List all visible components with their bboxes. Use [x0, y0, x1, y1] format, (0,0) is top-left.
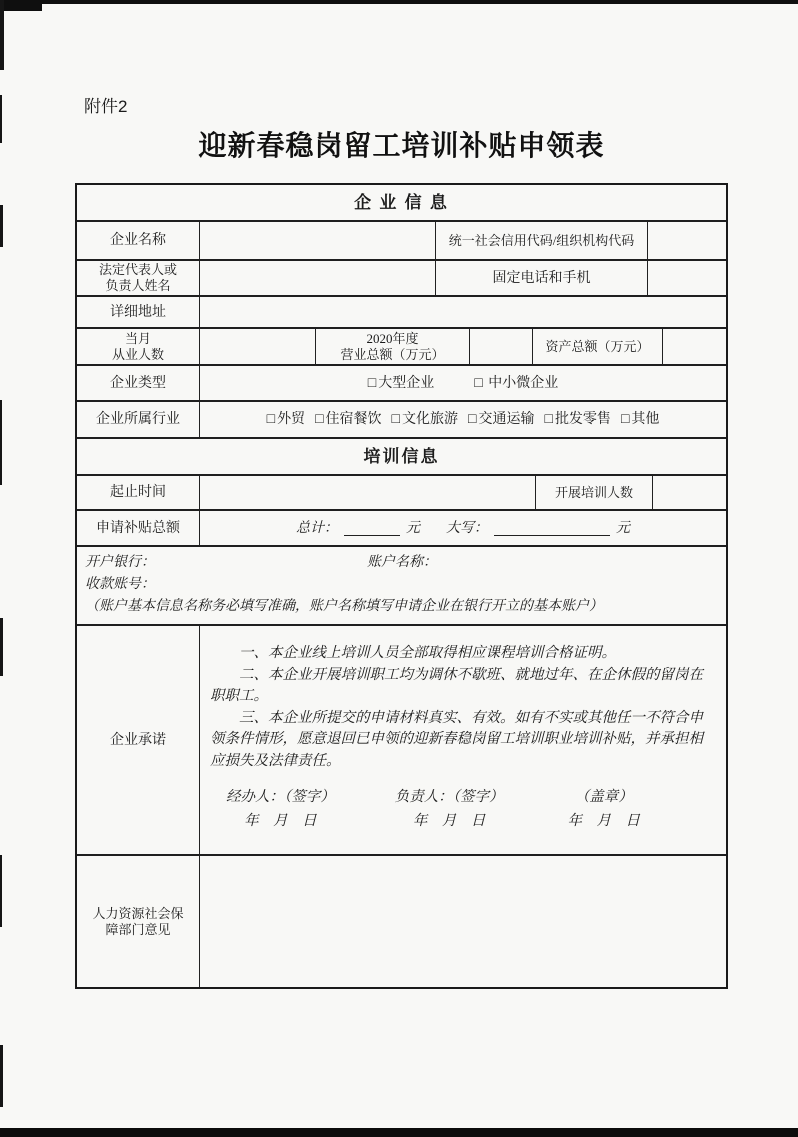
phone-value [647, 261, 726, 295]
scan-artifact-left-mark [0, 400, 2, 485]
industry-option-foreign-trade: □外贸 [267, 411, 305, 428]
scan-artifact-topleft-blob [0, 0, 42, 11]
company-type-option-sme: □ 中小微企业 [474, 375, 558, 392]
employees-value [199, 329, 315, 364]
checkbox-icon: □ [474, 375, 482, 392]
checkbox-icon: □ [544, 411, 552, 428]
hr-opinion-row: 人力资源社会保 障部门意见 [77, 854, 726, 987]
company-name-value [199, 222, 435, 259]
checkbox-icon: □ [621, 411, 629, 428]
industry-option-other: □其他 [621, 411, 659, 428]
period-row: 起止时间 开展培训人数 [77, 474, 726, 509]
scan-artifact-left-mark [0, 1045, 3, 1107]
account-number-label: 收款账号： [85, 574, 718, 596]
industry-options: □外贸 □住宿餐饮 □文化旅游 □交通运输 □批发零售 □其他 [199, 402, 726, 437]
industry-option-hotel-catering: □住宿餐饮 [315, 411, 381, 428]
signature-manager: 负责人：（签字） 年 月 日 [395, 787, 504, 832]
trainees-value [652, 476, 726, 509]
address-row: 详细地址 [77, 295, 726, 327]
industry-option-wholesale-retail: □批发零售 [544, 411, 610, 428]
training-section-row: 培训信息 [77, 437, 726, 474]
checkbox-icon: □ [468, 411, 476, 428]
company-name-row: 企业名称 统一社会信用代码/组织机构代码 [77, 220, 726, 259]
industry-option-transport: □交通运输 [468, 411, 534, 428]
signature-block: 经办人：（签字） 年 月 日 负责人：（签字） 年 月 日 （盖章） 年 月 日 [210, 787, 712, 832]
account-name-label: 账户名称： [367, 555, 437, 570]
date-placeholder: 年 月 日 [395, 811, 504, 833]
application-form-table: 企 业 信 息 企业名称 统一社会信用代码/组织机构代码 法定代表人或 负责人姓… [75, 183, 728, 989]
scan-artifact-left-mark [0, 855, 2, 927]
scan-artifact-left-mark [0, 0, 4, 70]
legal-rep-row: 法定代表人或 负责人姓名 固定电话和手机 [77, 259, 726, 295]
period-value [199, 476, 535, 509]
bank-line-1: 开户银行：账户名称： [85, 552, 718, 574]
bank-row: 开户银行：账户名称： 收款账号： （账户基本信息名称务必填写准确，账户名称填写申… [77, 545, 726, 624]
scan-artifact-left-mark [0, 618, 3, 676]
industry-option-culture-tourism: □文化旅游 [392, 411, 458, 428]
checkbox-icon: □ [315, 411, 323, 428]
scan-artifact-left-mark [0, 95, 2, 143]
revenue-value [469, 329, 532, 364]
phone-label: 固定电话和手机 [435, 261, 647, 295]
company-name-label: 企业名称 [77, 222, 199, 259]
revenue-label: 2020年度 营业总额（万元） [315, 329, 469, 364]
checkbox-icon: □ [392, 411, 400, 428]
trainees-label: 开展培训人数 [535, 476, 652, 509]
enterprise-section-header: 企 业 信 息 [77, 185, 726, 220]
employees-label: 当月 从业人数 [77, 329, 199, 364]
checkbox-icon: □ [267, 411, 275, 428]
company-type-label: 企业类型 [77, 366, 199, 400]
assets-value [662, 329, 726, 364]
address-value [199, 297, 726, 327]
date-placeholder: 年 月 日 [568, 811, 641, 833]
bank-note: （账户基本信息名称务必填写准确，账户名称填写申请企业在银行开立的基本账户） [85, 596, 718, 618]
employees-row: 当月 从业人数 2020年度 营业总额（万元） 资产总额（万元） [77, 327, 726, 364]
subsidy-total-label: 总计： [296, 520, 338, 537]
commitment-item-2: 二、本企业开展培训职工均为调休不歇班、就地过年、在企休假的留岗在职职工。 [210, 665, 712, 708]
credit-code-value [647, 222, 726, 259]
bank-info: 开户银行：账户名称： 收款账号： （账户基本信息名称务必填写准确，账户名称填写申… [77, 547, 726, 624]
date-placeholder: 年 月 日 [226, 811, 335, 833]
industry-label: 企业所属行业 [77, 402, 199, 437]
credit-code-label: 统一社会信用代码/组织机构代码 [435, 222, 647, 259]
commitment-content: 一、本企业线上培训人员全部取得相应课程培训合格证明。 二、本企业开展培训职工均为… [199, 626, 726, 854]
commitment-item-3: 三、本企业所提交的申请材料真实、有效。如有不实或其他任一不符合申领条件情形，愿意… [210, 708, 712, 773]
company-type-options: □大型企业 □ 中小微企业 [199, 366, 726, 400]
scan-artifact-bottom-strip [0, 1128, 798, 1137]
scan-artifact-top-strip [0, 0, 798, 4]
subsidy-value: 总计：元 大写：元 [199, 511, 726, 545]
signature-seal: （盖章） 年 月 日 [568, 787, 641, 832]
hr-opinion-label: 人力资源社会保 障部门意见 [77, 856, 199, 987]
industry-row: 企业所属行业 □外贸 □住宿餐饮 □文化旅游 □交通运输 □批发零售 □其他 [77, 400, 726, 437]
subsidy-caps-blank [494, 521, 610, 536]
period-label: 起止时间 [77, 476, 199, 509]
training-section-header: 培训信息 [77, 439, 726, 474]
signature-operator: 经办人：（签字） 年 月 日 [226, 787, 335, 832]
bank-name-label: 开户银行： [85, 555, 155, 570]
assets-label: 资产总额（万元） [532, 329, 662, 364]
subsidy-caps-unit: 元 [616, 520, 630, 537]
address-label: 详细地址 [77, 297, 199, 327]
hr-opinion-value [199, 856, 726, 987]
scan-artifact-left-mark [0, 205, 3, 247]
subsidy-row: 申请补贴总额 总计：元 大写：元 [77, 509, 726, 545]
subsidy-caps-label: 大写： [446, 520, 488, 537]
subsidy-label: 申请补贴总额 [77, 511, 199, 545]
legal-rep-value [199, 261, 435, 295]
attachment-label: 附件2 [84, 92, 127, 117]
commitment-item-1: 一、本企业线上培训人员全部取得相应课程培训合格证明。 [210, 643, 712, 665]
legal-rep-label: 法定代表人或 负责人姓名 [77, 261, 199, 295]
enterprise-section-row: 企 业 信 息 [77, 185, 726, 220]
company-type-row: 企业类型 □大型企业 □ 中小微企业 [77, 364, 726, 400]
commitment-row: 企业承诺 一、本企业线上培训人员全部取得相应课程培训合格证明。 二、本企业开展培… [77, 624, 726, 854]
commitment-label: 企业承诺 [77, 626, 199, 854]
subsidy-total-unit: 元 [406, 520, 420, 537]
subsidy-total-blank [344, 521, 400, 536]
company-type-option-large: □大型企业 [368, 375, 434, 392]
checkbox-icon: □ [368, 375, 376, 392]
page-title: 迎新春稳岗留工培训补贴申领表 [75, 124, 728, 164]
